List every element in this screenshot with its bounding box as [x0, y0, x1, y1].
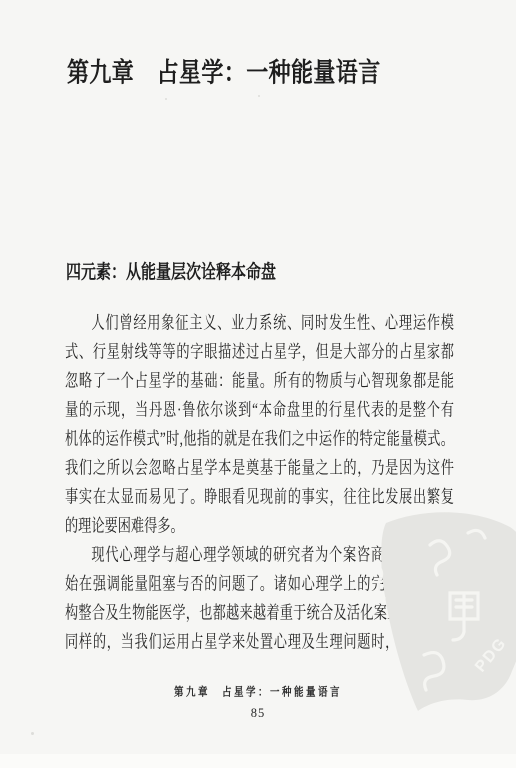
scan-speck	[165, 98, 167, 100]
scan-edge-strip	[0, 754, 516, 768]
section-heading: 四元素：从能量层次诠释本命盘	[66, 259, 276, 287]
scan-speck	[31, 732, 34, 735]
body-line: 同样的，当我们运用占星学来处置心理及生理问题时，目的也是	[65, 622, 454, 660]
scan-speck	[258, 95, 260, 97]
pdg-label: PDG	[472, 635, 510, 676]
book-page: 第九章 占星学：一种能量语言 四元素：从能量层次诠释本命盘 人们曾经用象征主义、…	[0, 0, 516, 768]
chapter-title: 第九章 占星学：一种能量语言	[67, 52, 381, 93]
page-footer: 第九章 占星学：一种能量语言 85	[0, 686, 516, 720]
running-title: 第九章 占星学：一种能量语言	[0, 685, 516, 702]
body-text: 人们曾经用象征主义、业力系统、同时发生性、心理运作模 式、行星射线等等的字眼描述…	[65, 308, 454, 656]
page-number: 85	[0, 706, 516, 720]
